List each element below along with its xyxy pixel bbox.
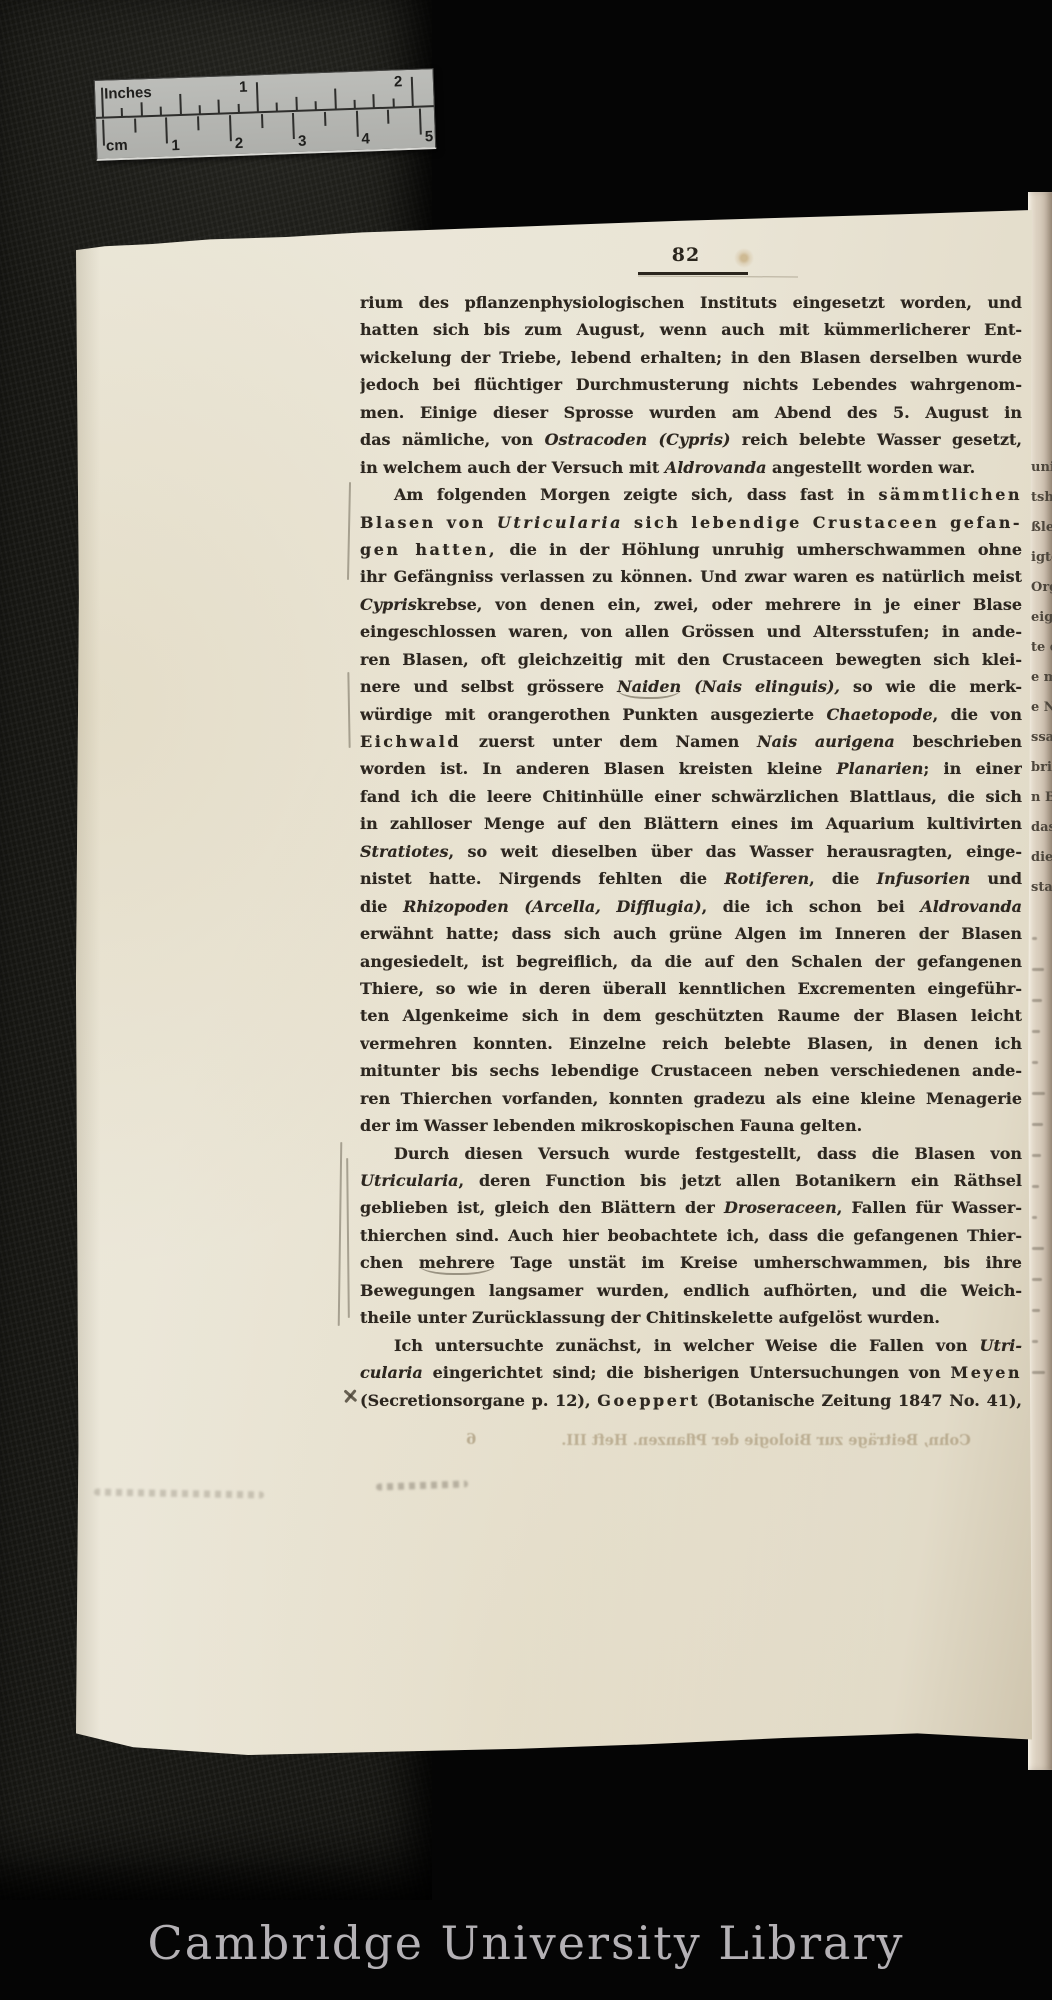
cutoff-text-smudge — [1032, 937, 1037, 940]
italic-text: Naiden — [617, 677, 681, 699]
body-text: Bewegungen langsamer wurden, endlich auf… — [360, 1281, 1022, 1300]
body-text: (Secretionsorgane p. 12), — [360, 1391, 597, 1410]
cutoff-text-smudge — [1032, 1030, 1040, 1033]
text-line: Am folgenden Morgen zeigte sich, dass fa… — [360, 481, 1022, 508]
text-line: (Secretionsorgane p. 12), Goeppert (Bota… — [360, 1387, 1022, 1414]
text-line: in welchem auch der Versuch mit Aldrovan… — [360, 454, 1022, 481]
cutoff-text-smudge — [1032, 999, 1042, 1002]
body-text: hatten sich bis zum August, wenn auch mi… — [360, 320, 1022, 339]
body-text: Durch diesen Versuch wurde festgestellt,… — [394, 1144, 1022, 1163]
text-line: erwähnt hatte; dass sich auch grüne Alge… — [360, 920, 1022, 947]
body-text: wickelung der Triebe, lebend erhalten; i… — [360, 348, 1022, 367]
inch-tick — [199, 105, 201, 114]
cutoff-text-fragment: eiger — [1031, 610, 1052, 625]
body-text: erwähnt hatte; dass sich auch grüne Alge… — [360, 924, 1022, 943]
body-text: ihr Gefängniss verlassen zu können. Und … — [360, 567, 1022, 586]
body-text — [681, 677, 694, 696]
body-text: , so weit dieselben über das Wasser hera… — [448, 842, 1022, 861]
italic-text: Ostracoden (Cypris) — [545, 430, 731, 449]
cm-tick — [419, 109, 422, 135]
body-text: mitunter bis sechs lebendige Crustaceen … — [360, 1061, 1022, 1080]
text-block: rium des pflanzenphysiologischen Institu… — [360, 289, 1022, 1414]
text-line: worden ist. In anderen Blasen kreisten k… — [360, 755, 1022, 782]
body-text: fand ich die leere Chitinhülle einer sch… — [360, 787, 1022, 806]
text-line: theile unter Zurücklassung der Chitinske… — [360, 1304, 1022, 1331]
italic-text: Utricularia — [497, 513, 623, 532]
pencil-scribble — [94, 1489, 264, 1499]
cm-tick — [292, 113, 295, 139]
pencil-margin-mark — [338, 1142, 343, 1326]
body-text: krebse, von denen ein, zwei, oder mehrer… — [417, 595, 1022, 614]
inch-tick — [160, 107, 162, 116]
body-text: rium des pflanzenphysiologischen Institu… — [360, 293, 1022, 312]
showthrough-signature-number: 6 — [466, 1430, 476, 1448]
spaced-text: Blasen von — [360, 513, 497, 532]
cm-tick — [260, 114, 262, 128]
inch-tick — [315, 101, 317, 110]
spaced-text: Goeppert — [597, 1391, 700, 1410]
text-line: chen mehrere Tage unstät im Kreise umher… — [360, 1249, 1022, 1276]
cutoff-text-smudge — [1032, 968, 1044, 971]
body-text: angestellt worden war. — [766, 458, 975, 477]
pencil-margin-mark — [347, 482, 351, 580]
body-text: so wie die merk- — [840, 677, 1022, 696]
italic-text: Rhizopoden (Arcella, Difflugia) — [403, 897, 701, 916]
text-line: eingeschlossen waren, von allen Grössen … — [360, 618, 1022, 645]
inch-tick — [392, 98, 394, 107]
inch-tick — [140, 102, 142, 116]
inch-tick — [353, 100, 355, 109]
inch-tick — [121, 108, 123, 117]
body-text: und — [970, 869, 1022, 888]
page-number-rule — [638, 272, 748, 275]
body-text: eingerichtet sind; die bisherigen Unters… — [423, 1363, 951, 1382]
cm-tick — [102, 120, 105, 146]
text-line: hatten sich bis zum August, wenn auch mi… — [360, 316, 1022, 343]
text-line: ren Blasen, oft gleichzeitig mit den Cru… — [360, 646, 1022, 673]
inch-number: 2 — [394, 73, 403, 90]
pencil-scribble — [376, 1480, 468, 1490]
body-text: , die — [809, 869, 877, 888]
body-text: Thiere, so wie in deren überall kenntlic… — [360, 979, 1022, 998]
library-watermark: Cambridge University Library — [0, 1916, 1052, 1970]
inch-tick — [276, 103, 278, 112]
spaced-text: sämmtlichen — [879, 485, 1022, 504]
inch-tick — [411, 77, 414, 107]
body-text: Tage unstät im Kreise umherschwammen, bi… — [495, 1253, 1022, 1272]
inch-tick — [237, 104, 239, 113]
italic-text: Droseraceen — [724, 1198, 837, 1217]
inch-tick — [295, 97, 297, 111]
body-text: ten Algenkeime sich in dem geschützten R… — [360, 1006, 1022, 1025]
text-line: ren Thierchen vorfanden, konnten gradezu… — [360, 1085, 1022, 1112]
body-text: Am folgenden Morgen zeigte sich, dass fa… — [394, 485, 879, 504]
italic-text: Utri- — [980, 1336, 1023, 1355]
cutoff-text-smudge — [1032, 1061, 1038, 1064]
italic-text: Stratiotes — [360, 842, 448, 861]
cutoff-text-fragment: das — [1031, 820, 1052, 835]
cutoff-text-smudge — [1032, 1247, 1044, 1250]
text-line: Blasen von Utricularia sich lebendige Cr… — [360, 509, 1022, 536]
cm-number: 2 — [234, 135, 243, 152]
cm-tick — [387, 110, 389, 124]
body-text: in welchem auch der Versuch mit — [360, 458, 665, 477]
cutoff-text-fragment: ssale — [1031, 730, 1052, 745]
text-line: angesiedelt, ist begreiflich, da die auf… — [360, 948, 1022, 975]
cutoff-text-fragment: unin — [1031, 460, 1052, 475]
body-text: jedoch bei flüchtiger Durchmusterung nic… — [360, 375, 1022, 394]
body-text: ; in einer — [923, 759, 1022, 778]
text-line: gen hatten, die in der Höhlung unruhig u… — [360, 536, 1022, 563]
cutoff-text-fragment: brite — [1031, 760, 1052, 775]
cutoff-text-smudge — [1032, 1185, 1039, 1188]
text-line: würdige mit orangerothen Punkten ausgezi… — [360, 701, 1022, 728]
cutoff-text-fragment: tsheft — [1031, 490, 1052, 505]
cutoff-text-smudge — [1032, 1123, 1043, 1126]
body-text: thierchen sind. Auch hier beobachtete ic… — [360, 1226, 1022, 1245]
body-text: die in der Höhlung unruhig umherschwamme… — [497, 540, 1022, 559]
ruler-inches-label: Inches — [104, 84, 152, 103]
book-page: 82 rium des pflanzenphysiologischen Inst… — [76, 210, 1032, 1755]
body-text: eingeschlossen waren, von allen Grössen … — [360, 622, 1022, 641]
cutoff-text-fragment: Organ — [1031, 580, 1052, 595]
pencil-margin-mark — [347, 672, 350, 748]
italic-text: Cypris — [360, 595, 417, 614]
text-line: mitunter bis sechs lebendige Crustaceen … — [360, 1057, 1022, 1084]
text-line: vermehren konnten. Einzelne reich belebt… — [360, 1030, 1022, 1057]
text-line: cularia eingerichtet sind; die bisherige… — [360, 1359, 1022, 1386]
text-line: jedoch bei flüchtiger Durchmusterung nic… — [360, 371, 1022, 398]
text-line: das nämliche, von Ostracoden (Cypris) re… — [360, 426, 1022, 453]
cm-number: 3 — [298, 133, 307, 150]
cm-number: 4 — [361, 130, 370, 147]
italic-text: Planarien — [837, 759, 924, 778]
text-line: Stratiotes, so weit dieselben über das W… — [360, 838, 1022, 865]
body-text: Ich untersuchte zunächst, in welcher Wei… — [394, 1336, 980, 1355]
italic-text: cularia — [360, 1363, 423, 1382]
text-line: men. Einige dieser Sprosse wurden am Abe… — [360, 399, 1022, 426]
spaced-text: Eichwald — [360, 732, 461, 751]
body-text: theile unter Zurücklassung der Chitinske… — [360, 1308, 940, 1327]
text-line: fand ich die leere Chitinhülle einer sch… — [360, 783, 1022, 810]
body-text: , die von — [933, 705, 1022, 724]
cm-tick — [165, 117, 168, 143]
inch-tick — [256, 82, 259, 112]
text-line: ihr Gefängniss verlassen zu können. Und … — [360, 563, 1022, 590]
italic-text: (Nais elinguis), — [694, 677, 840, 696]
ruler-cm-label: cm — [106, 137, 128, 155]
cutoff-text-smudge — [1032, 1092, 1045, 1095]
cutoff-text-fragment: ßle, w — [1031, 520, 1052, 535]
body-text: das nämliche, von — [360, 430, 545, 449]
cutoff-text-fragment: te es — [1031, 640, 1052, 655]
italic-text: Aldrovanda — [665, 458, 767, 477]
text-line: nere und selbst grössere Naiden (Nais el… — [360, 673, 1022, 700]
cutoff-text-fragment: sta — [1031, 880, 1052, 895]
body-text: geblieben ist, gleich den Blättern der — [360, 1198, 724, 1217]
body-text: würdige mit orangerothen Punkten ausgezi… — [360, 705, 826, 724]
body-text: nistet hatte. Nirgends fehlten die — [360, 869, 724, 888]
body-text: , die ich schon bei — [702, 897, 921, 916]
page-number: 82 — [616, 244, 756, 266]
inch-tick — [373, 94, 375, 108]
body-text: nere und selbst grössere — [360, 677, 617, 696]
cutoff-text-fragment: igten, — [1031, 550, 1052, 565]
cm-tick — [134, 119, 136, 133]
italic-text: Infusorien — [877, 869, 971, 888]
italic-text: Utricularia — [360, 1171, 459, 1190]
body-text: vermehren konnten. Einzelne reich belebt… — [360, 1034, 1022, 1053]
cutoff-text-fragment: e mor — [1031, 670, 1052, 685]
ruler-divider-line — [96, 105, 434, 119]
body-text: ren Blasen, oft gleichzeitig mit den Cru… — [360, 650, 1022, 669]
text-line: Eichwald zuerst unter dem Namen Nais aur… — [360, 728, 1022, 755]
text-line: Cypriskrebse, von denen ein, zwei, oder … — [360, 591, 1022, 618]
cm-number: 1 — [171, 137, 180, 154]
body-text: , deren Function bis jetzt allen Botanik… — [459, 1171, 1022, 1190]
cm-tick — [324, 112, 326, 126]
text-line: Ich untersuchte zunächst, in welcher Wei… — [360, 1332, 1022, 1359]
cm-tick — [229, 115, 232, 141]
cm-number: 5 — [425, 128, 434, 145]
cm-tick — [356, 111, 359, 137]
body-text: beschrieben — [895, 732, 1022, 751]
showthrough-signature-text: Cohn, Beiträge zur Biologie der Pflanzen… — [506, 1432, 1026, 1449]
spaced-text: sich lebendige Crustaceen gefan- — [623, 513, 1022, 532]
body-text: reich belebte Wasser gesetzt, — [730, 430, 1022, 449]
italic-text: Rotiferen — [724, 869, 809, 888]
body-text: worden ist. In anderen Blasen kreisten k… — [360, 759, 837, 778]
text-line: Durch diesen Versuch wurde festgestellt,… — [360, 1140, 1022, 1167]
cutoff-text-fragment: n Be — [1031, 790, 1052, 805]
text-line: ten Algenkeime sich in dem geschützten R… — [360, 1002, 1022, 1029]
italic-text: Nais aurigena — [757, 732, 895, 751]
text-line: geblieben ist, gleich den Blättern der D… — [360, 1194, 1022, 1221]
cutoff-text-smudge — [1032, 1216, 1037, 1219]
spaced-text: Meyen — [951, 1363, 1023, 1382]
cutoff-text-smudge — [1032, 1309, 1040, 1312]
body-text: in zahlloser Menge auf den Blättern eine… — [360, 814, 1022, 833]
inch-number: 1 — [239, 79, 248, 96]
text-line: die Rhizopoden (Arcella, Difflugia), die… — [360, 893, 1022, 920]
text-line: Bewegungen langsamer wurden, endlich auf… — [360, 1277, 1022, 1304]
text-line: Thiere, so wie in deren überall kenntlic… — [360, 975, 1022, 1002]
inch-tick — [334, 89, 337, 110]
text-line: Utricularia, deren Function bis jetzt al… — [360, 1167, 1022, 1194]
text-line: rium des pflanzenphysiologischen Institu… — [360, 289, 1022, 316]
cutoff-text-fragment: e Nat — [1031, 700, 1052, 715]
pencil-cross-mark — [342, 1388, 358, 1404]
scanned-book-photograph: Inches cm 12 12345 unintsheftßle, wigten… — [0, 0, 1052, 2000]
text-line: der im Wasser lebenden mikroskopischen F… — [360, 1112, 1022, 1139]
body-text: angesiedelt, ist begreiflich, da die auf… — [360, 952, 1022, 971]
inch-tick — [218, 100, 220, 114]
body-text: ren Thierchen vorfanden, konnten gradezu… — [360, 1089, 1022, 1108]
italic-text: Chaetopode — [826, 705, 932, 724]
body-text: , Fallen für Wasser- — [837, 1198, 1022, 1217]
cutoff-text-smudge — [1032, 1371, 1045, 1374]
text-line: thierchen sind. Auch hier beobachtete ic… — [360, 1222, 1022, 1249]
body-text: zuerst unter dem Namen — [461, 732, 757, 751]
text-line: nistet hatte. Nirgends fehlten die Rotif… — [360, 865, 1022, 892]
text-line: wickelung der Triebe, lebend erhalten; i… — [360, 344, 1022, 371]
measurement-ruler: Inches cm 12 12345 — [94, 68, 437, 161]
body-text: die — [360, 897, 403, 916]
cutoff-text-smudge — [1032, 1278, 1042, 1281]
body-text: mehrere — [419, 1253, 495, 1275]
italic-text: Aldrovanda — [920, 897, 1022, 916]
spaced-text: gen hatten, — [360, 540, 497, 559]
pencil-margin-mark — [346, 1158, 350, 1318]
body-text: men. Einige dieser Sprosse wurden am Abe… — [360, 403, 1022, 422]
cutoff-text-smudge — [1032, 1340, 1038, 1343]
inch-tick — [179, 94, 182, 115]
text-line: in zahlloser Menge auf den Blättern eine… — [360, 810, 1022, 837]
pencil-extension-line — [638, 275, 798, 277]
facing-page-edge: unintsheftßle, wigten,Organeigerte ese m… — [1028, 192, 1052, 1770]
cm-tick — [197, 116, 199, 130]
cutoff-text-smudge — [1032, 1154, 1041, 1157]
cutoff-text-fragment: die — [1031, 850, 1052, 865]
body-text: (Botanische Zeitung 1847 No. 41), — [700, 1391, 1022, 1410]
body-text: chen — [360, 1253, 419, 1272]
body-text: der im Wasser lebenden mikroskopischen F… — [360, 1116, 862, 1135]
